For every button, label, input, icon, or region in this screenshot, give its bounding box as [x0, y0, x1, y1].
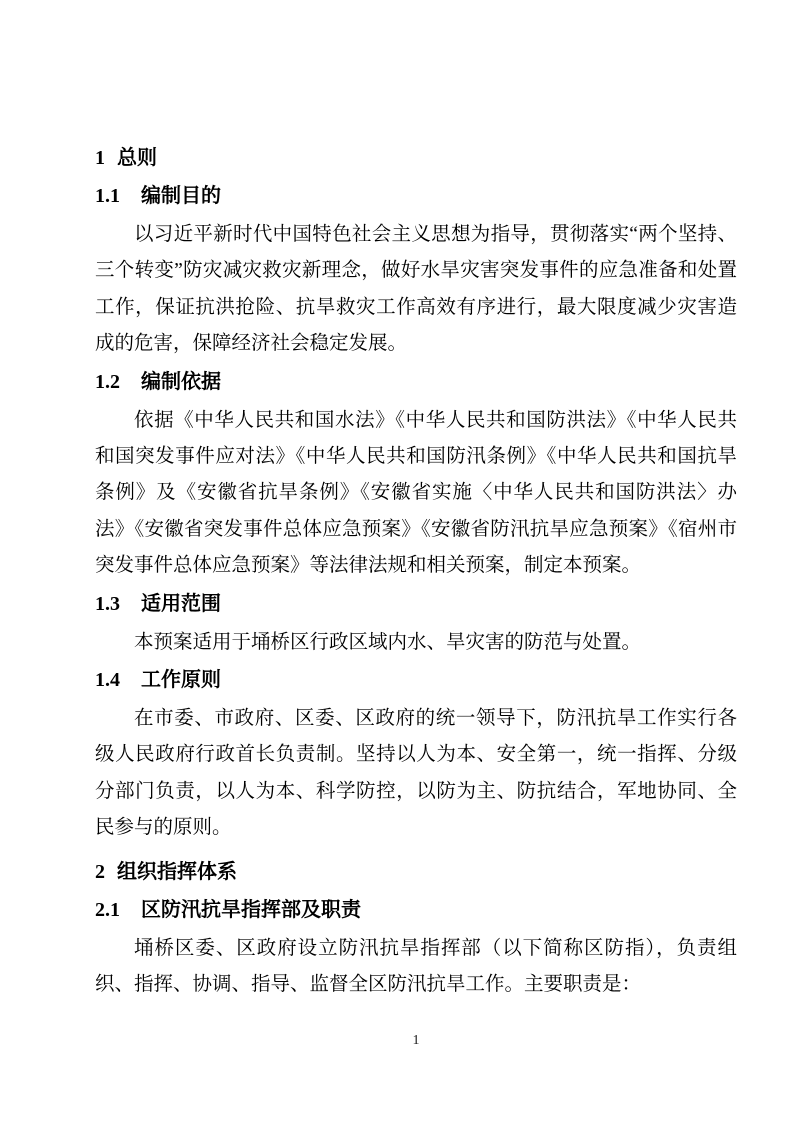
subsection-number: 1.2: [95, 371, 120, 393]
subsection-title: 编制目的: [141, 185, 221, 207]
subsection-heading-compilation-purpose: 1.1编制目的: [95, 181, 737, 211]
subsection-title: 区防汛抗旱指挥部及职责: [141, 899, 361, 921]
subsection-number: 1.3: [95, 593, 120, 615]
document-page: 1总则 1.1编制目的 以习近平新时代中国特色社会主义思想为指导，贯彻落实“两个…: [0, 0, 793, 1122]
subsection-title: 适用范围: [141, 593, 221, 615]
section-heading-general-provisions: 1总则: [95, 143, 737, 173]
document-body: 1总则 1.1编制目的 以习近平新时代中国特色社会主义思想为指导，贯彻落实“两个…: [0, 0, 793, 1004]
subsection-heading-headquarters-duties: 2.1区防汛抗旱指挥部及职责: [95, 895, 737, 925]
page-number: 1: [95, 1032, 737, 1050]
subsection-number: 2.1: [95, 899, 120, 921]
section-heading-command-system: 2组织指挥体系: [95, 857, 737, 887]
paragraph-compilation-purpose: 以习近平新时代中国特色社会主义思想为指导，贯彻落实“两个坚持、三个转变”防灾减灾…: [95, 217, 737, 363]
subsection-heading-scope: 1.3适用范围: [95, 589, 737, 619]
subsection-title: 工作原则: [141, 669, 221, 691]
section-number: 2: [95, 861, 105, 883]
section-title: 组织指挥体系: [117, 861, 237, 883]
subsection-title: 编制依据: [141, 371, 221, 393]
paragraph-headquarters-duties: 埇桥区委、区政府设立防汛抗旱指挥部（以下简称区防指），负责组织、指挥、协调、指导…: [95, 931, 737, 1004]
subsection-heading-compilation-basis: 1.2编制依据: [95, 367, 737, 397]
subsection-number: 1.1: [95, 185, 120, 207]
paragraph-work-principles: 在市委、市政府、区委、区政府的统一领导下，防汛抗旱工作实行各级人民政府行政首长负…: [95, 701, 737, 847]
paragraph-compilation-basis: 依据《中华人民共和国水法》《中华人民共和国防洪法》《中华人民共和国突发事件应对法…: [95, 403, 737, 585]
subsection-heading-work-principles: 1.4工作原则: [95, 665, 737, 695]
section-title: 总则: [117, 147, 157, 169]
paragraph-scope: 本预案适用于埇桥区行政区域内水、旱灾害的防范与处置。: [95, 625, 737, 661]
subsection-number: 1.4: [95, 669, 120, 691]
section-number: 1: [95, 147, 105, 169]
